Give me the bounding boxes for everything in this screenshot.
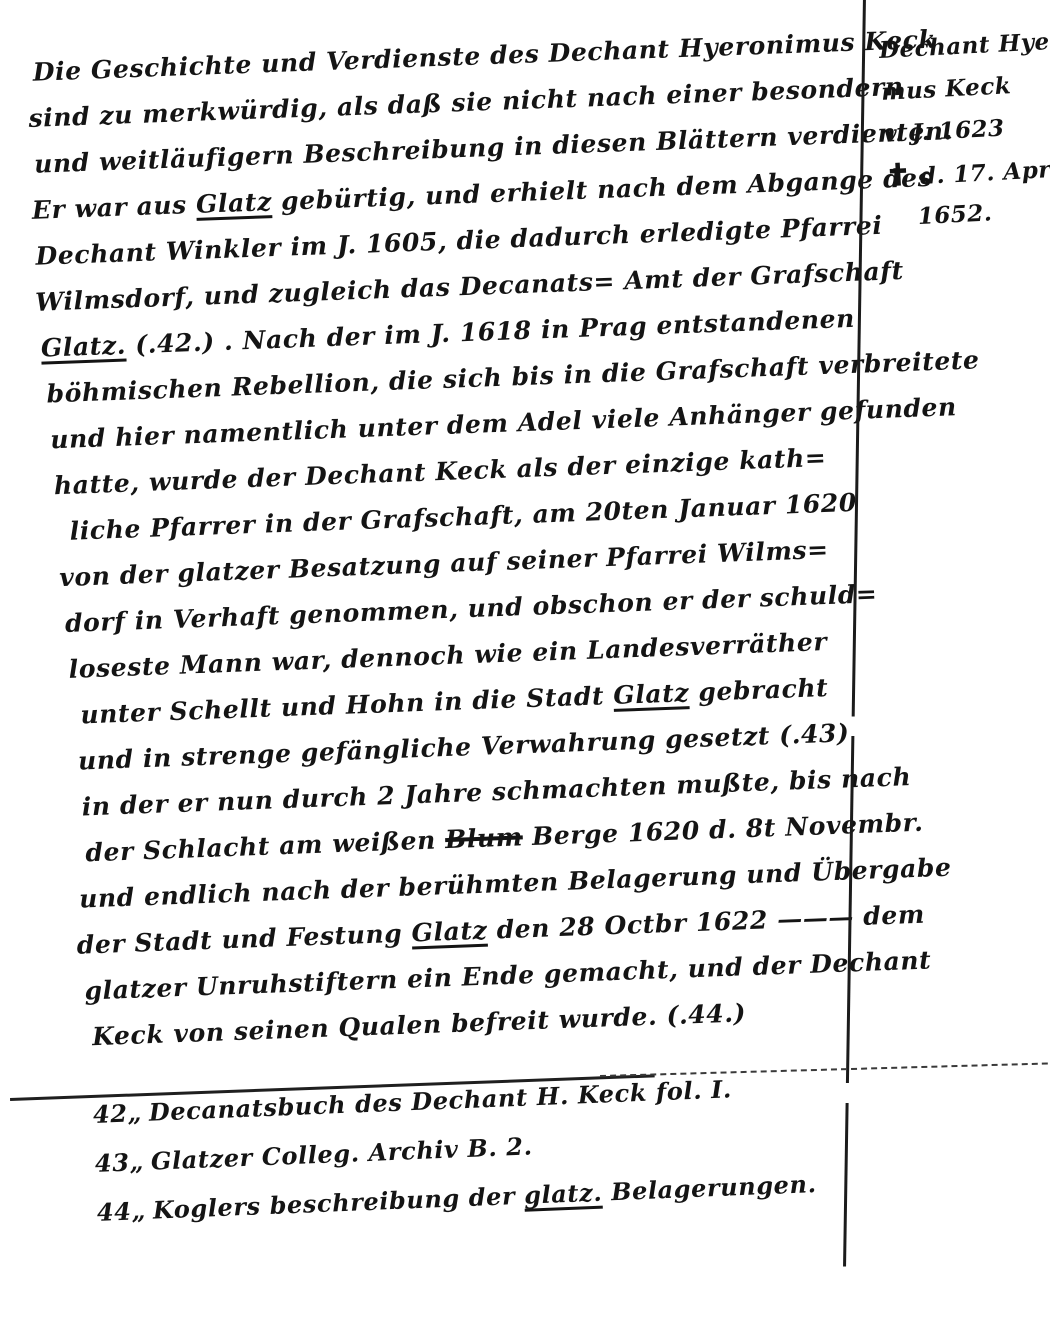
text-segment: d. 17. April bbox=[911, 155, 1050, 190]
margin-note-line: 1652. bbox=[917, 189, 1050, 238]
text-segment: v. J. 1623 bbox=[883, 115, 1005, 148]
cross-icon: ✝ bbox=[885, 157, 912, 193]
text-segment: gebracht bbox=[689, 673, 829, 707]
underlined-word: Glatz. bbox=[40, 331, 126, 363]
underlined-word: Glatz bbox=[411, 916, 488, 948]
text-segment: den 28 Octbr 1622 ——— dem bbox=[487, 900, 926, 945]
margin-note-line: Dechant Hyeroni= bbox=[878, 21, 1050, 72]
footnote-number: 44„ bbox=[96, 1186, 154, 1237]
footnote-number: 43„ bbox=[94, 1137, 152, 1188]
underlined-word: glatz. bbox=[524, 1178, 603, 1210]
footnote-number: 42„ bbox=[92, 1088, 150, 1139]
text-segment: 1652. bbox=[917, 199, 993, 230]
main-text: Die Geschichte und Verdienste des Dechan… bbox=[26, 18, 932, 1061]
text-segment: Glatzer Colleg. Archiv B. 2. bbox=[150, 1131, 533, 1175]
text-segment: Dechant Hyeroni= bbox=[878, 24, 1050, 64]
underlined-word: Glatz bbox=[613, 678, 690, 710]
margin-note-line: ✝ d. 17. April bbox=[885, 147, 1050, 198]
footnotes: 42„Decanatsbuch des Dechant H. Keck fol.… bbox=[92, 1059, 857, 1236]
underlined-word: Glatz bbox=[196, 187, 273, 219]
text-segment: Er war aus bbox=[31, 190, 196, 225]
text-segment: der Schlacht am weißen bbox=[85, 825, 446, 867]
text-segment: der Stadt und Festung bbox=[76, 918, 412, 959]
manuscript-page: Die Geschichte und Verdienste des Dechan… bbox=[0, 0, 1050, 1327]
struck-word: Blum bbox=[445, 822, 524, 854]
text-segment: mus Keck bbox=[881, 72, 1012, 106]
text-segment: Berge 1620 d. 8t Novembr. bbox=[522, 808, 924, 852]
text-segment: Koglers beschreibung der bbox=[152, 1181, 524, 1225]
text-segment: Belagerungen. bbox=[602, 1169, 817, 1207]
margin-note: Dechant Hyeroni=mus Keckv. J. 1623✝ d. 1… bbox=[878, 21, 1050, 240]
